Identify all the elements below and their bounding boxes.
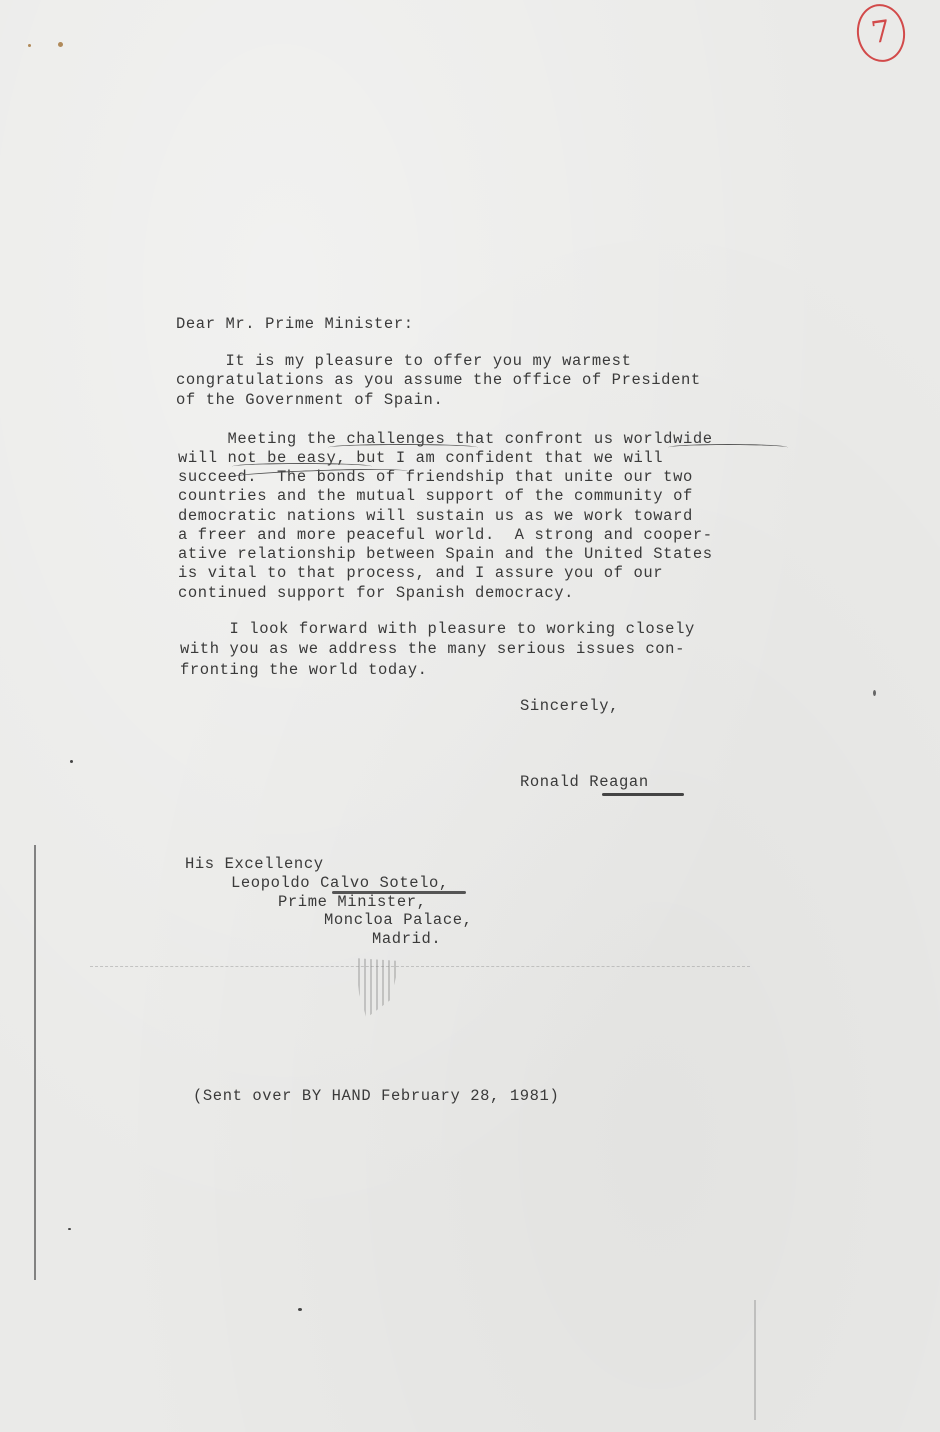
paragraph-3-line-3: fronting the world today. [180,661,428,680]
paragraph-2-line-9: continued support for Spanish democracy. [178,584,574,603]
left-margin-line [34,845,36,1280]
paragraph-1-line-2: congratulations as you assume the office… [176,371,701,390]
delivery-note: (Sent over BY HAND February 28, 1981) [193,1087,559,1106]
speck [70,760,73,763]
speck [68,1228,71,1230]
closing: Sincerely, [520,697,619,716]
paragraph-3-line-1: I look forward with pleasure to working … [180,620,695,639]
paragraph-2-line-8: is vital to that process, and I assure y… [178,564,663,583]
paragraph-2-line-4: countries and the mutual support of the … [178,487,693,506]
paragraph-1-line-3: of the Government of Spain. [176,391,443,410]
speck [298,1308,302,1311]
paragraph-2-line-6: a freer and more peaceful world. A stron… [178,526,713,545]
address-line-3: Prime Minister, [278,893,427,912]
smudge-mark [28,44,31,47]
paragraph-3-line-2: with you as we address the many serious … [180,640,685,659]
pen-underline-challenges [328,444,478,451]
signature-underline [602,793,684,796]
speck [873,690,876,696]
paragraph-2-line-7: ative relationship between Spain and the… [178,545,713,564]
scanned-letter-page: 7 Dear Mr. Prime Minister: It is my plea… [0,0,940,1432]
paragraph-1-line-1: It is my pleasure to offer you my warmes… [176,352,631,371]
salutation: Dear Mr. Prime Minister: [176,315,414,334]
smudge-mark [58,42,63,47]
address-line-4: Moncloa Palace, [324,911,473,930]
name-underline-calvo-sotelo [332,891,466,894]
page-number-circled: 7 [853,1,909,65]
paragraph-2-line-5: democratic nations will sustain us as we… [178,507,693,526]
faint-stamp-mark [352,958,400,1018]
faint-fold-line [90,966,750,967]
address-line-1: His Excellency [185,855,324,874]
address-line-5: Madrid. [372,930,441,949]
signature-name: Ronald Reagan [520,773,649,792]
right-margin-mark [754,1300,756,1420]
pen-underline-worldwide [668,444,788,451]
